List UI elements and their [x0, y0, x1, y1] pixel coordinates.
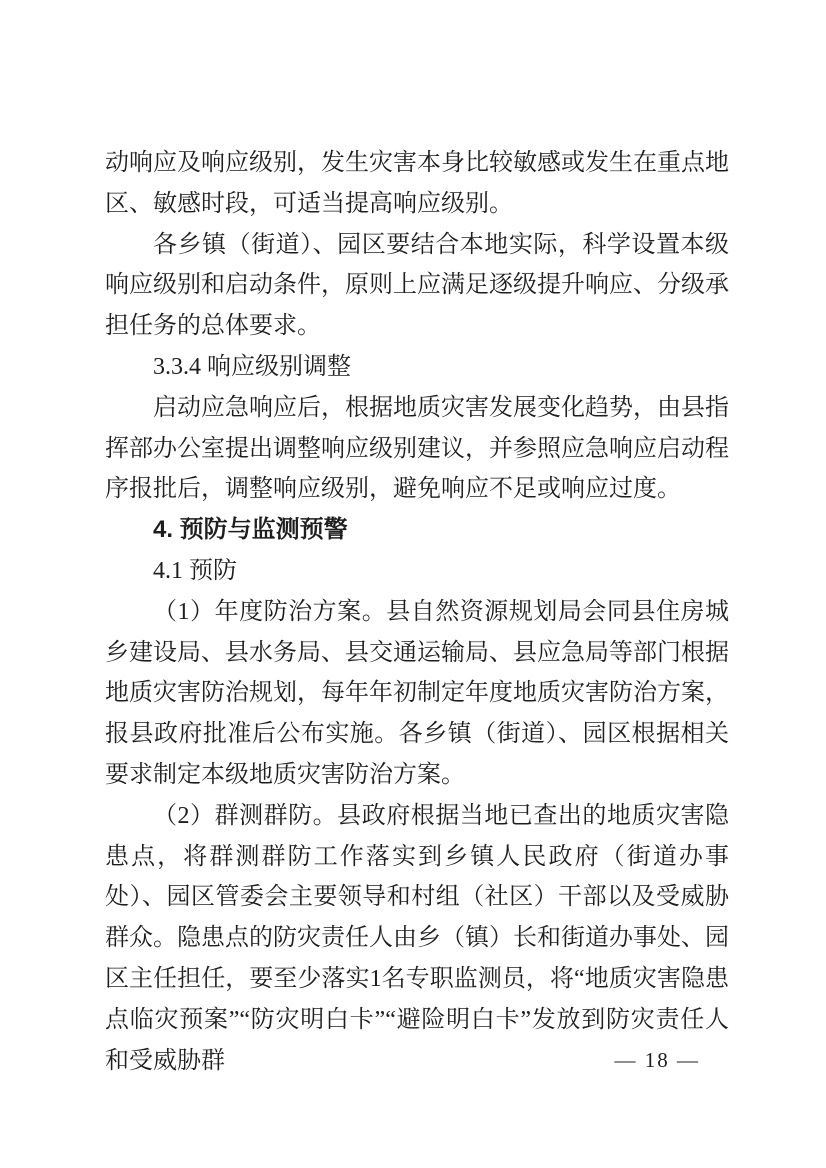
paragraph-group-monitoring: （2）群测群防。县政府根据当地已查出的地质灾害隐患点，将群测群防工作落实到乡镇人…: [105, 796, 729, 1082]
page-number: — 18 —: [615, 1048, 701, 1073]
document-page: 动响应及响应级别，发生灾害本身比较敏感或发生在重点地区、敏感时段，可适当提高响应…: [0, 0, 826, 1168]
section-heading-3-3-4: 3.3.4 响应级别调整: [105, 347, 729, 388]
paragraph-continuation: 动响应及响应级别，发生灾害本身比较敏感或发生在重点地区、敏感时段，可适当提高响应…: [105, 143, 729, 225]
document-content: 动响应及响应级别，发生灾害本身比较敏感或发生在重点地区、敏感时段，可适当提高响应…: [105, 143, 729, 1081]
paragraph-annual-prevention-plan: （1）年度防治方案。县自然资源规划局会同县住房城乡建设局、县水务局、县交通运输局…: [105, 592, 729, 796]
section-heading-4: 4. 预防与监测预警: [105, 510, 729, 551]
section-heading-4-1: 4.1 预防: [105, 551, 729, 592]
paragraph-local-requirements: 各乡镇（街道）、园区要结合本地实际，科学设置本级响应级别和启动条件，原则上应满足…: [105, 225, 729, 347]
paragraph-response-level-adjustment: 启动应急响应后，根据地质灾害发展变化趋势，由县指挥部办公室提出调整响应级别建议，…: [105, 388, 729, 510]
